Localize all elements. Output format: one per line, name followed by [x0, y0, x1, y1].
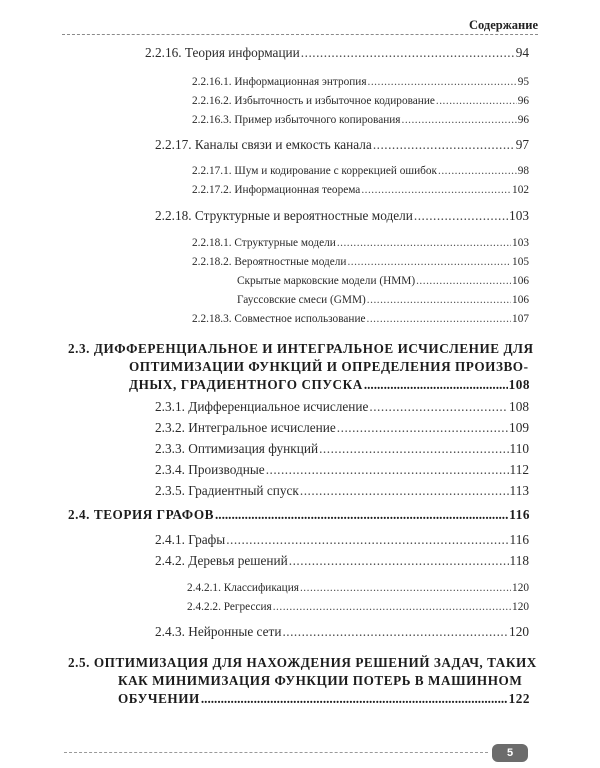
- section-page: 116: [509, 506, 530, 523]
- entry-page: 94: [516, 45, 529, 61]
- entry-page: 103: [512, 237, 529, 249]
- entry-page: 112: [510, 462, 529, 478]
- entry-number: 2.2.16.3.: [192, 114, 232, 126]
- leader-dots: [319, 441, 508, 457]
- leader-dots: [282, 624, 508, 640]
- entry-number: 2.2.18.1.: [192, 237, 232, 249]
- toc-entry-2-3-4[interactable]: 2.3.4. Производные 112: [155, 462, 529, 478]
- page-number-badge: 5: [492, 744, 528, 762]
- entry-number: 2.3.2.: [155, 420, 185, 435]
- entry-page: 98: [518, 165, 529, 177]
- toc-entry-2-2-17-1[interactable]: 2.2.17.1. Шум и кодирование с коррекцией…: [192, 165, 529, 177]
- toc-entry-gmm[interactable]: Гауссовские смеси (GMM) 106: [237, 294, 529, 306]
- toc-entry-2-3-1[interactable]: 2.3.1. Дифференциальное исчисление 108: [155, 399, 529, 415]
- toc-entry-2-2-16-1[interactable]: 2.2.16.1. Информационная энтропия 95: [192, 76, 529, 88]
- entry-title: Гауссовские смеси (GMM): [237, 294, 366, 306]
- toc-section-2-3[interactable]: 2.3. ДИФФЕРЕНЦИАЛЬНОЕ И ИНТЕГРАЛЬНОЕ ИСЧ…: [68, 340, 530, 394]
- entry-title: Оптимизация функций: [188, 441, 318, 456]
- toc-entry-2-3-5[interactable]: 2.3.5. Градиентный спуск 113: [155, 483, 529, 499]
- entry-title: Структурные и вероятностные модели: [195, 208, 413, 223]
- header-divider: [62, 34, 538, 35]
- entry-number: 2.2.18.: [155, 208, 192, 223]
- entry-page: 120: [512, 601, 529, 613]
- leader-dots: [266, 462, 509, 478]
- leader-dots: [289, 553, 509, 569]
- running-head-title: Содержание: [469, 18, 538, 33]
- entry-number: 2.2.17.2.: [192, 184, 232, 196]
- entry-number: 2.4.3.: [155, 624, 185, 639]
- entry-number: 2.3.3.: [155, 441, 185, 456]
- entry-page: 95: [518, 76, 529, 88]
- entry-title: Информационная энтропия: [234, 76, 366, 88]
- entry-title: Теория информации: [185, 45, 300, 60]
- section-number: 2.5.: [68, 654, 90, 671]
- entry-page: 106: [512, 294, 529, 306]
- section-title-line-3: ДНЫХ, ГРАДИЕНТНОГО СПУСКА: [129, 376, 363, 393]
- toc-entry-2-2-16[interactable]: 2.2.16. Теория информации 94: [145, 45, 529, 61]
- entry-page: 102: [512, 184, 529, 196]
- section-page: 108: [509, 376, 530, 393]
- entry-page: 120: [509, 624, 529, 640]
- leader-dots: [226, 532, 508, 548]
- entry-number: 2.4.1.: [155, 532, 185, 547]
- leader-dots: [373, 137, 515, 153]
- entry-number: 2.4.2.: [155, 553, 185, 568]
- entry-number: 2.4.2.2.: [187, 601, 221, 613]
- entry-title: Шум и кодирование с коррекцией ошибок: [234, 165, 437, 177]
- entry-title: Интегральное исчисление: [188, 420, 336, 435]
- section-title: ТЕОРИЯ ГРАФОВ: [94, 506, 214, 523]
- entry-page: 107: [512, 313, 529, 325]
- entry-title: Дифференциальное исчисление: [188, 399, 368, 414]
- toc-entry-2-4-2-1[interactable]: 2.4.2.1. Классификация 120: [187, 582, 529, 594]
- leader-dots: [361, 184, 511, 196]
- entry-page: 106: [512, 275, 529, 287]
- toc-entry-2-4-3[interactable]: 2.4.3. Нейронные сети 120: [155, 624, 529, 640]
- entry-number: 2.2.16.1.: [192, 76, 232, 88]
- leader-dots: [201, 690, 508, 707]
- entry-page: 108: [509, 399, 529, 415]
- toc-entry-2-2-17[interactable]: 2.2.17. Каналы связи и емкость канала 97: [155, 137, 529, 153]
- section-number: 2.3.: [68, 340, 90, 357]
- leader-dots: [337, 420, 508, 436]
- entry-number: 2.2.18.3.: [192, 313, 232, 325]
- toc-entry-2-4-2-2[interactable]: 2.4.2.2. Регрессия 120: [187, 601, 529, 613]
- entry-page: 110: [510, 441, 529, 457]
- entry-number: 2.4.2.1.: [187, 582, 221, 594]
- footer-divider: [64, 752, 488, 753]
- toc-entry-2-3-3[interactable]: 2.3.3. Оптимизация функций 110: [155, 441, 529, 457]
- entry-number: 2.2.17.1.: [192, 165, 232, 177]
- leader-dots: [367, 313, 512, 325]
- section-title-line-1: ОПТИМИЗАЦИЯ ДЛЯ НАХОЖДЕНИЯ РЕШЕНИЙ ЗАДАЧ…: [94, 654, 537, 671]
- entry-title: Регрессия: [224, 601, 272, 613]
- entry-title: Нейронные сети: [188, 624, 281, 639]
- toc-entry-2-3-2[interactable]: 2.3.2. Интегральное исчисление 109: [155, 420, 529, 436]
- toc-entry-hmm[interactable]: Скрытые марковские модели (HMM) 106: [237, 275, 529, 287]
- leader-dots: [416, 275, 511, 287]
- toc-section-2-5[interactable]: 2.5. ОПТИМИЗАЦИЯ ДЛЯ НАХОЖДЕНИЯ РЕШЕНИЙ …: [68, 654, 530, 708]
- entry-page: 105: [512, 256, 529, 268]
- entry-title: Классификация: [224, 582, 299, 594]
- section-title-line-3: ОБУЧЕНИИ: [118, 690, 200, 707]
- leader-dots: [414, 208, 508, 224]
- leader-dots: [438, 165, 517, 177]
- leader-dots: [337, 237, 511, 249]
- leader-dots: [215, 506, 508, 523]
- entry-number: 2.3.4.: [155, 462, 185, 477]
- leader-dots: [436, 95, 517, 107]
- section-title-line-2: КАК МИНИМИЗАЦИЯ ФУНКЦИИ ПОТЕРЬ В МАШИННО…: [118, 672, 522, 689]
- leader-dots: [402, 114, 517, 126]
- entry-title: Информационная теорема: [234, 184, 360, 196]
- entry-title: Графы: [188, 532, 225, 547]
- entry-title: Избыточность и избыточное кодирование: [234, 95, 435, 107]
- toc-entry-2-2-18-1[interactable]: 2.2.18.1. Структурные модели 103: [192, 237, 529, 249]
- entry-page: 97: [516, 137, 529, 153]
- leader-dots: [300, 582, 511, 594]
- toc-entry-2-2-16-2[interactable]: 2.2.16.2. Избыточность и избыточное коди…: [192, 95, 529, 107]
- entry-title: Скрытые марковские модели (HMM): [237, 275, 415, 287]
- toc-entry-2-4-2[interactable]: 2.4.2. Деревья решений 118: [155, 553, 529, 569]
- toc-entry-2-2-18[interactable]: 2.2.18. Структурные и вероятностные моде…: [155, 208, 529, 224]
- entry-title: Производные: [188, 462, 264, 477]
- toc-section-2-4[interactable]: 2.4. ТЕОРИЯ ГРАФОВ 116: [68, 506, 530, 524]
- entry-page: 113: [510, 483, 529, 499]
- leader-dots: [367, 294, 511, 306]
- entry-number: 2.2.17.: [155, 137, 192, 152]
- leader-dots: [364, 376, 508, 393]
- entry-number: 2.3.5.: [155, 483, 185, 498]
- entry-page: 96: [518, 114, 529, 126]
- entry-page: 103: [509, 208, 529, 224]
- entry-page: 118: [510, 553, 529, 569]
- entry-number: 2.3.1.: [155, 399, 185, 414]
- entry-page: 116: [510, 532, 529, 548]
- toc-entry-2-2-16-3[interactable]: 2.2.16.3. Пример избыточного копирования…: [192, 114, 529, 126]
- section-title-line-1: ДИФФЕРЕНЦИАЛЬНОЕ И ИНТЕГРАЛЬНОЕ ИСЧИСЛЕН…: [94, 340, 534, 357]
- toc-entry-2-2-18-3[interactable]: 2.2.18.3. Совместное использование 107: [192, 313, 529, 325]
- section-title-line-2: ОПТИМИЗАЦИИ ФУНКЦИЙ И ОПРЕДЕЛЕНИЯ ПРОИЗВ…: [129, 358, 529, 375]
- entry-title: Пример избыточного копирования: [234, 114, 400, 126]
- section-page: 122: [509, 690, 530, 707]
- toc-entry-2-2-17-2[interactable]: 2.2.17.2. Информационная теорема 102: [192, 184, 529, 196]
- leader-dots: [301, 45, 515, 61]
- entry-page: 109: [509, 420, 529, 436]
- entry-title: Совместное использование: [234, 313, 365, 325]
- entry-number: 2.2.18.2.: [192, 256, 232, 268]
- leader-dots: [368, 76, 517, 88]
- entry-title: Вероятностные модели: [234, 256, 346, 268]
- entry-title: Градиентный спуск: [188, 483, 299, 498]
- entry-title: Структурные модели: [234, 237, 335, 249]
- leader-dots: [300, 483, 509, 499]
- entry-page: 120: [512, 582, 529, 594]
- section-number: 2.4.: [68, 506, 90, 523]
- leader-dots: [273, 601, 511, 613]
- leader-dots: [347, 256, 511, 268]
- entry-title: Каналы связи и емкость канала: [195, 137, 372, 152]
- toc-entry-2-2-18-2[interactable]: 2.2.18.2. Вероятностные модели 105: [192, 256, 529, 268]
- entry-page: 96: [518, 95, 529, 107]
- toc-entry-2-4-1[interactable]: 2.4.1. Графы 116: [155, 532, 529, 548]
- entry-title: Деревья решений: [188, 553, 288, 568]
- entry-number: 2.2.16.2.: [192, 95, 232, 107]
- entry-number: 2.2.16.: [145, 45, 182, 60]
- leader-dots: [369, 399, 508, 415]
